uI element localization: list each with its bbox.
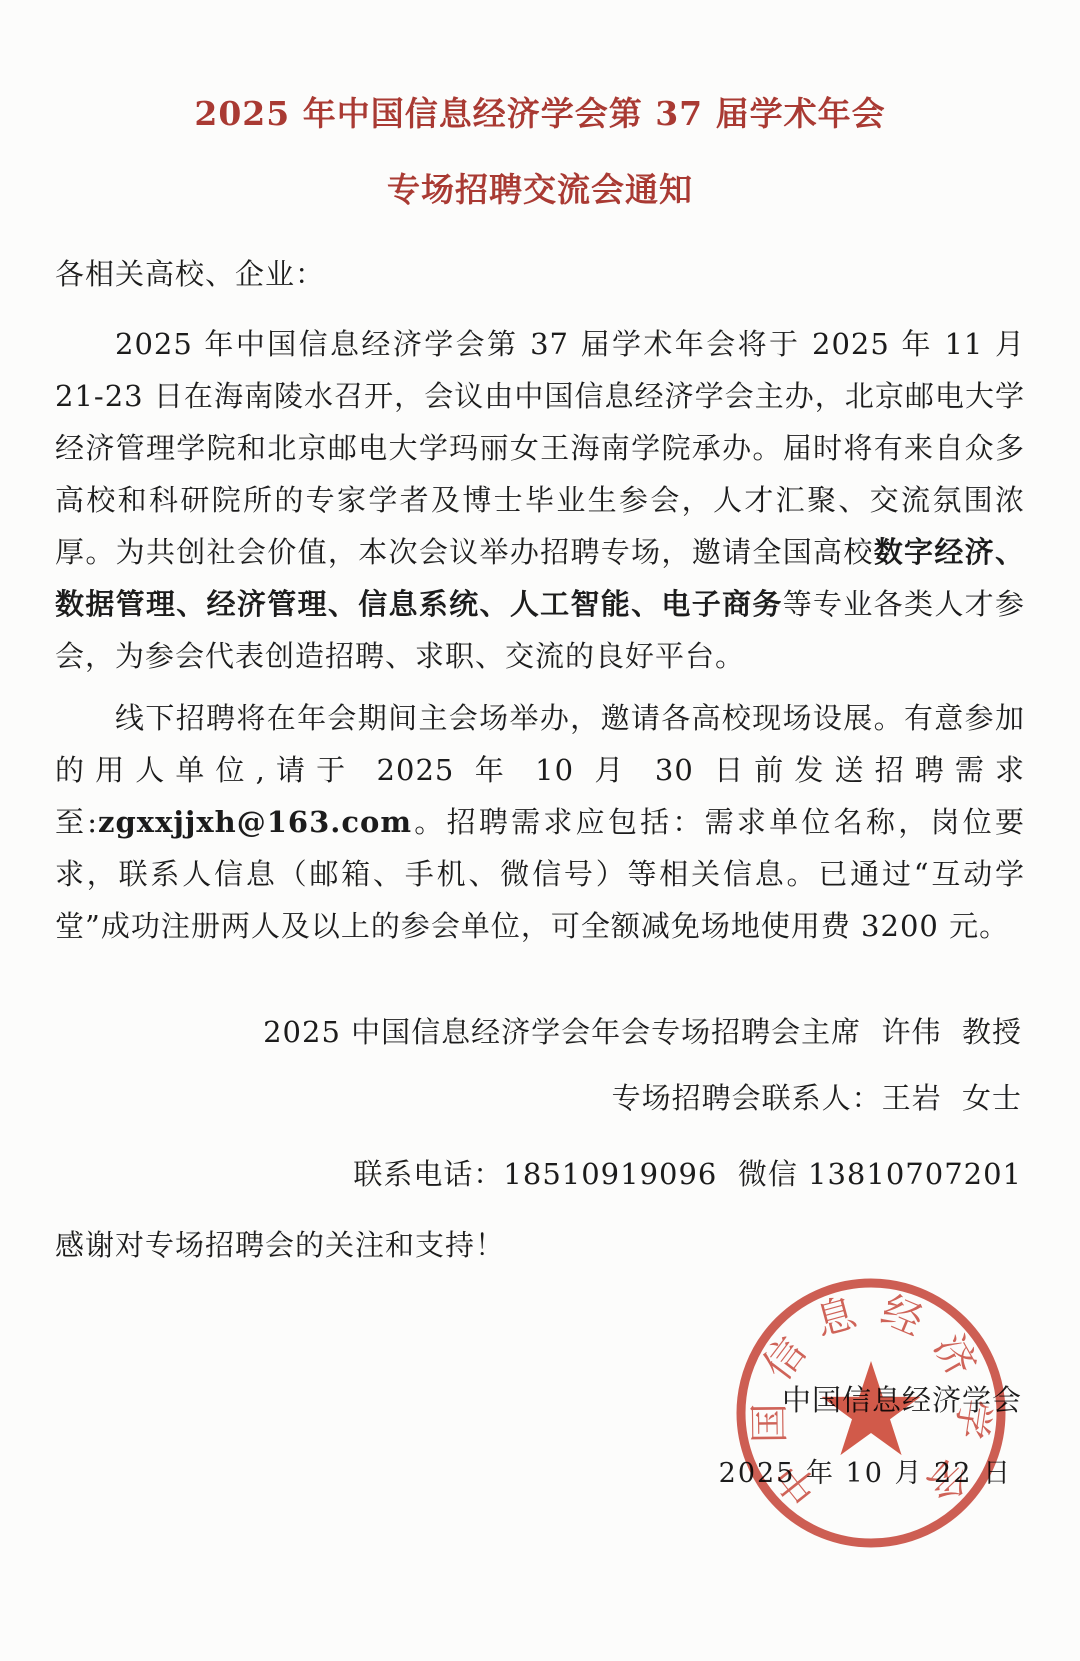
- issuer-org-name: 中国信息经济学会: [782, 1382, 1022, 1418]
- salutation: 各相关高校、企业：: [55, 254, 1025, 294]
- signature-chair-line: 2025 中国信息经济学会年会专场招聘会主席 许伟 教授: [0, 1010, 1022, 1054]
- text-segment: 2025 年中国信息经济学会第 37 届学术年会将于 2025 年 11 月 2…: [55, 327, 1025, 569]
- document-title-line1: 2025 年中国信息经济学会第 37 届学术年会: [0, 0, 1080, 136]
- paragraph-recruitment-details: 线下招聘将在年会期间主会场举办，邀请各高校现场设展。有意参加的用人单位,请于 2…: [55, 692, 1025, 952]
- signature-contact-line: 专场招聘会联系人：王岩 女士: [0, 1076, 1022, 1120]
- document-page: 2025 年中国信息经济学会第 37 届学术年会 专场招聘交流会通知 各相关高校…: [0, 0, 1080, 1661]
- closing-thanks-line: 感谢对专场招聘会的关注和支持！: [55, 1225, 1025, 1265]
- paragraph-conference-intro: 2025 年中国信息经济学会第 37 届学术年会将于 2025 年 11 月 2…: [55, 318, 1025, 682]
- issue-date: 2025 年 10 月 22 日: [719, 1457, 1012, 1491]
- document-title-line2: 专场招聘交流会通知: [0, 168, 1080, 212]
- signature-phone-line: 联系电话：18510919096 微信 13810707201: [0, 1152, 1022, 1196]
- bold-text-segment: zgxxjjxh@163.com: [98, 805, 412, 839]
